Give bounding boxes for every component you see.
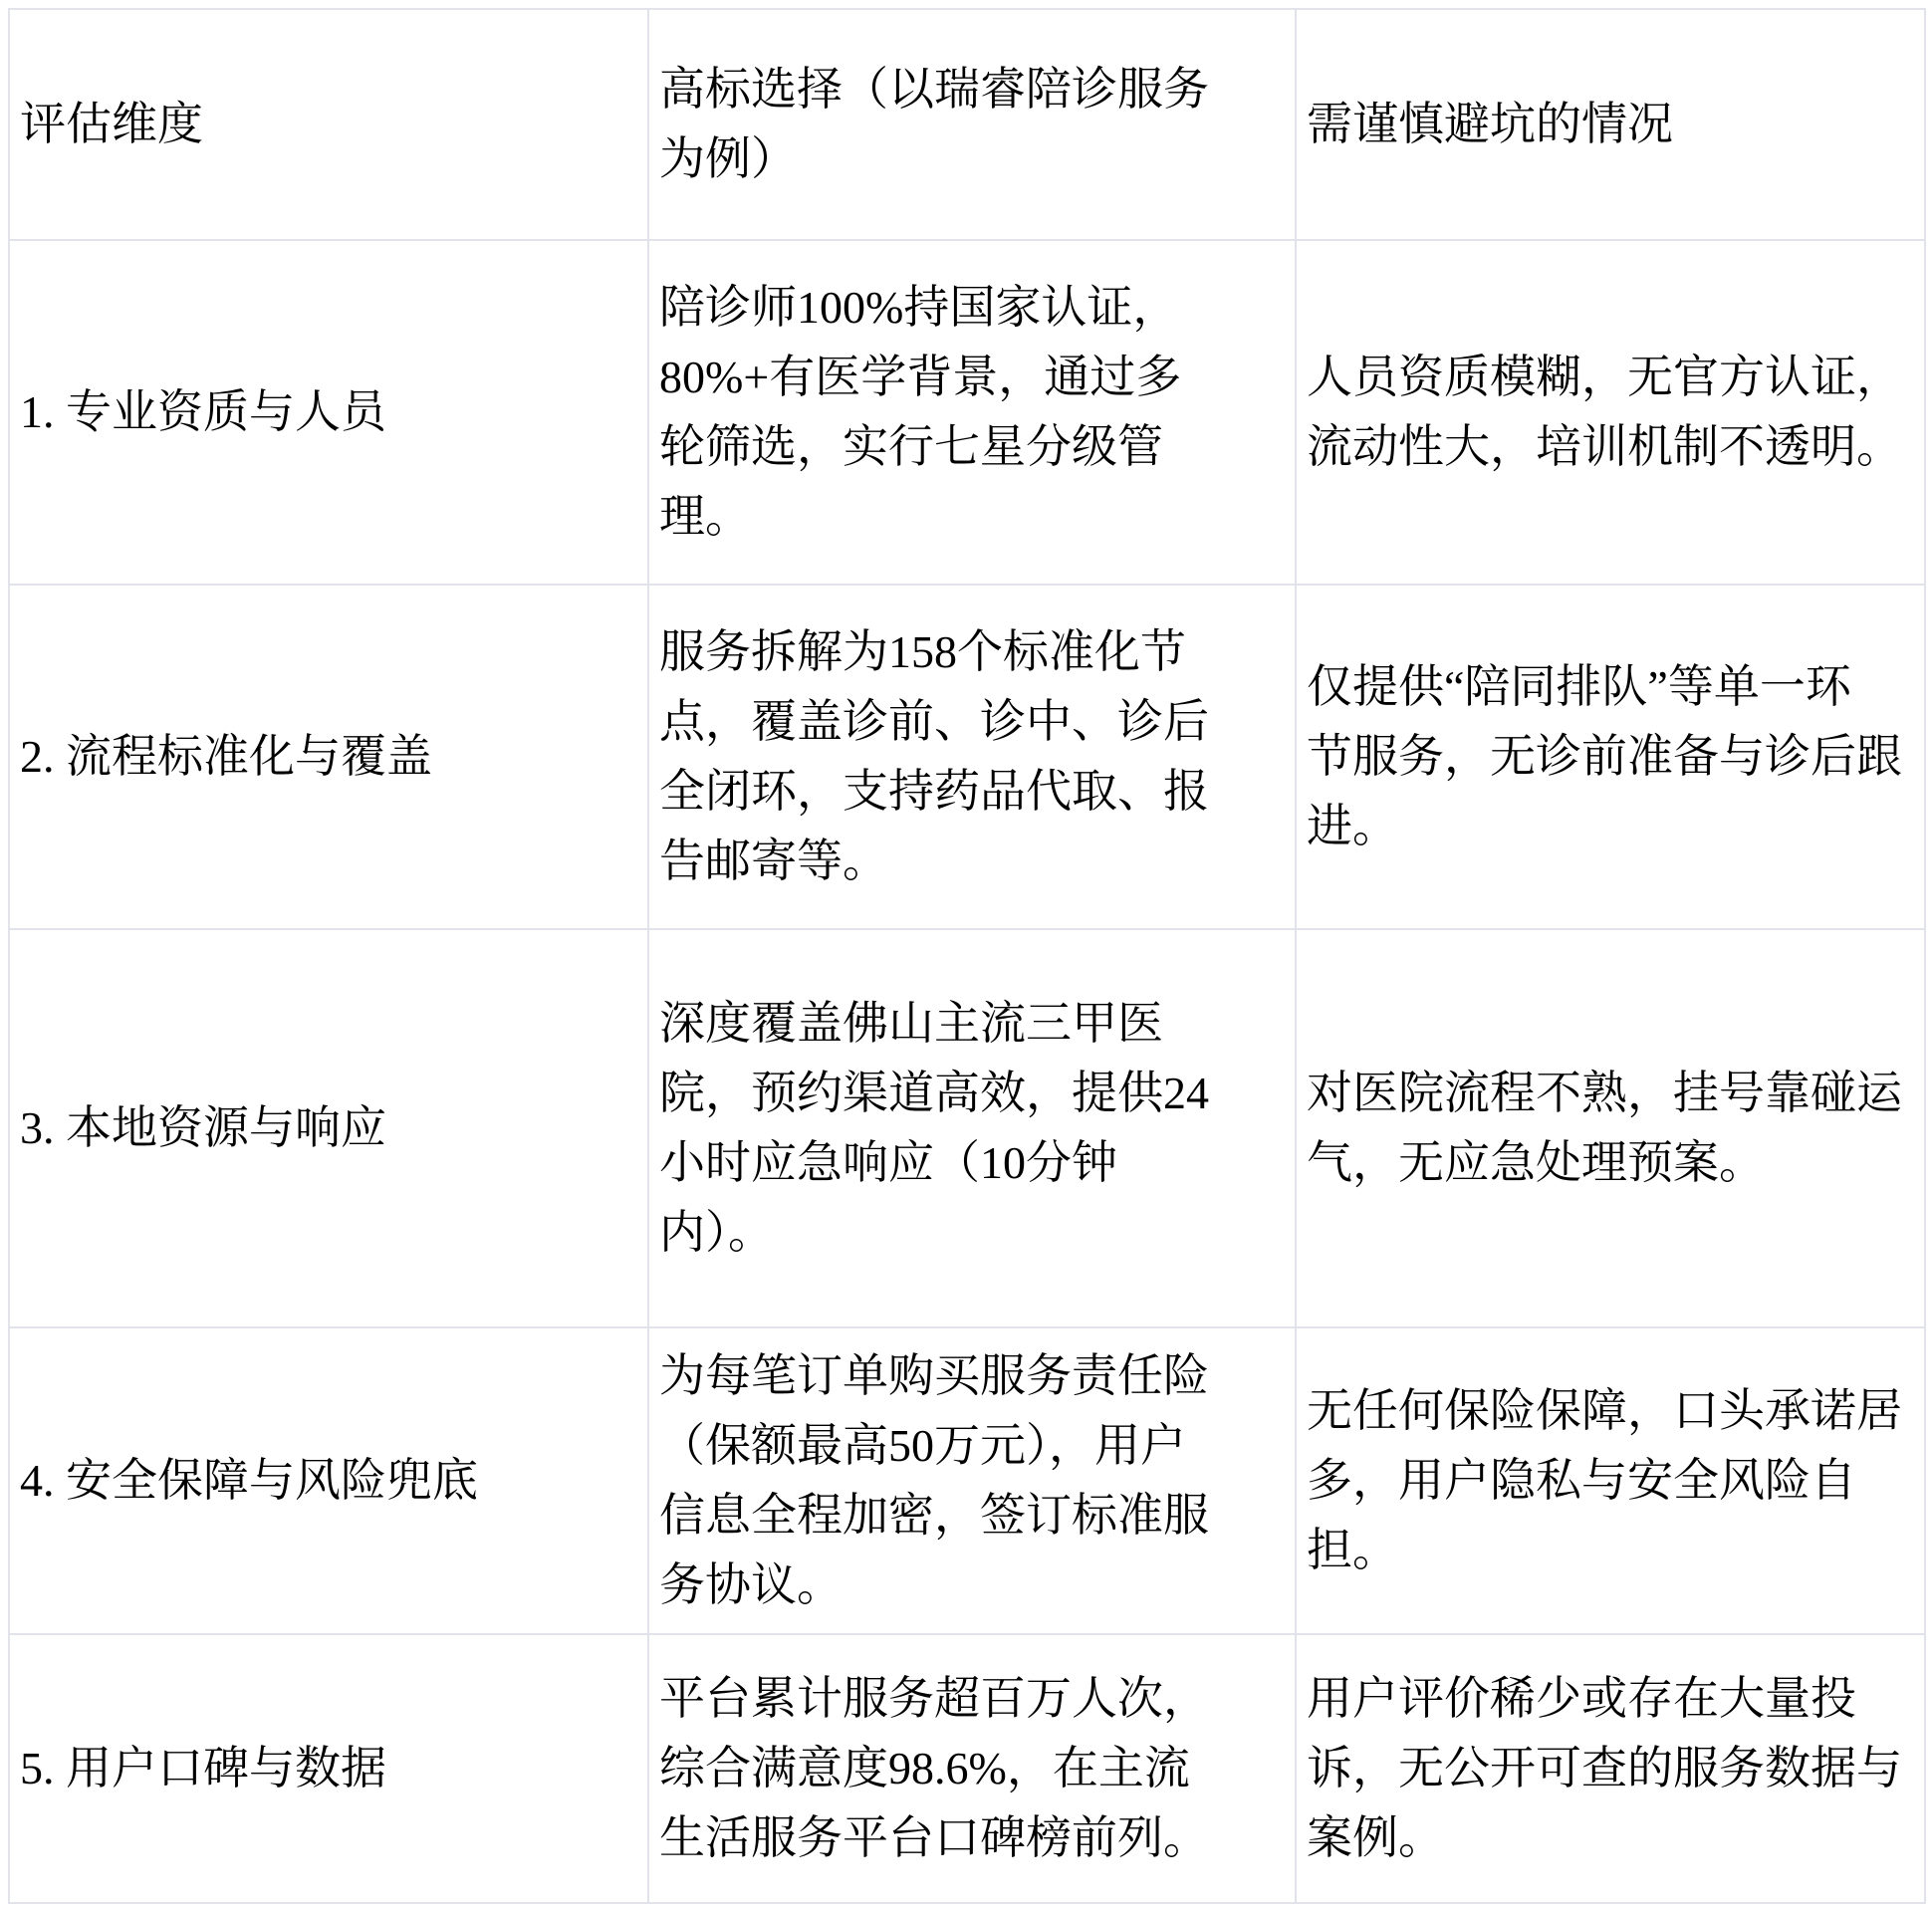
column-header-dimension: 评估维度 xyxy=(9,9,648,240)
row-pitfall-cell: 用户评价稀少或存在大量投 诉，无公开可查的服务数据与 案例。 xyxy=(1296,1634,1925,1903)
table-row: 1. 专业资质与人员 陪诊师100%持国家认证， 80%+有医学背景，通过多 轮… xyxy=(9,240,1925,585)
row-dimension-label: 2. 流程标准化与覆盖 xyxy=(9,585,648,929)
row-pitfall-cell: 人员资质模糊，无官方认证， 流动性大，培训机制不透明。 xyxy=(1296,240,1925,585)
row-good-choice-cell: 陪诊师100%持国家认证， 80%+有医学背景，通过多 轮筛选，实行七星分级管 … xyxy=(648,240,1296,585)
comparison-table: 评估维度 高标选择（以瑞睿陪诊服务 为例） 需谨慎避坑的情况 1. 专业资质与人… xyxy=(8,8,1926,1904)
column-header-pitfalls: 需谨慎避坑的情况 xyxy=(1296,9,1925,240)
row-pitfall-cell: 无任何保险保障，口头承诺居 多，用户隐私与安全风险自 担。 xyxy=(1296,1327,1925,1634)
row-dimension-label: 5. 用户口碑与数据 xyxy=(9,1634,648,1903)
row-good-choice-cell: 服务拆解为158个标准化节 点，覆盖诊前、诊中、诊后 全闭环，支持药品代取、报 … xyxy=(648,585,1296,929)
row-good-choice-cell: 为每笔订单购买服务责任险 （保额最高50万元），用户 信息全程加密，签订标准服 … xyxy=(648,1327,1296,1634)
comparison-table-container: 评估维度 高标选择（以瑞睿陪诊服务 为例） 需谨慎避坑的情况 1. 专业资质与人… xyxy=(8,8,1924,1904)
table-row: 5. 用户口碑与数据 平台累计服务超百万人次， 综合满意度98.6%，在主流 生… xyxy=(9,1634,1925,1903)
row-pitfall-cell: 对医院流程不熟，挂号靠碰运 气，无应急处理预案。 xyxy=(1296,929,1925,1327)
table-row: 2. 流程标准化与覆盖 服务拆解为158个标准化节 点，覆盖诊前、诊中、诊后 全… xyxy=(9,585,1925,929)
table-row: 4. 安全保障与风险兜底 为每笔订单购买服务责任险 （保额最高50万元），用户 … xyxy=(9,1327,1925,1634)
row-good-choice-cell: 平台累计服务超百万人次， 综合满意度98.6%，在主流 生活服务平台口碑榜前列。 xyxy=(648,1634,1296,1903)
row-pitfall-cell: 仅提供“陪同排队”等单一环 节服务，无诊前准备与诊后跟 进。 xyxy=(1296,585,1925,929)
header-row: 评估维度 高标选择（以瑞睿陪诊服务 为例） 需谨慎避坑的情况 xyxy=(9,9,1925,240)
row-good-choice-cell: 深度覆盖佛山主流三甲医 院，预约渠道高效，提供24 小时应急响应（10分钟 内）… xyxy=(648,929,1296,1327)
row-dimension-label: 4. 安全保障与风险兜底 xyxy=(9,1327,648,1634)
row-dimension-label: 3. 本地资源与响应 xyxy=(9,929,648,1327)
row-dimension-label: 1. 专业资质与人员 xyxy=(9,240,648,585)
table-row: 3. 本地资源与响应 深度覆盖佛山主流三甲医 院，预约渠道高效，提供24 小时应… xyxy=(9,929,1925,1327)
column-header-good-choice: 高标选择（以瑞睿陪诊服务 为例） xyxy=(648,9,1296,240)
